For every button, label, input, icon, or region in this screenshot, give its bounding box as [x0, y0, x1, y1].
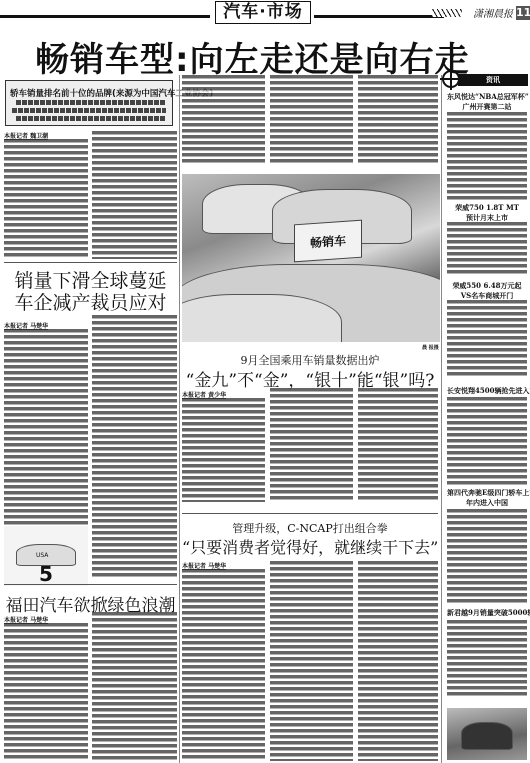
- car-illustration: USA 5: [4, 526, 88, 586]
- sidebar-item-body: [447, 509, 527, 605]
- sidebar-item-title-line: 新君越9月销量突破5000辆: [447, 608, 527, 618]
- global-headline-line1: 销量下滑全球蔓延: [4, 270, 177, 292]
- column-divider: [179, 75, 180, 763]
- photo-car: [182, 294, 342, 342]
- sidebar-item-body: [447, 300, 527, 378]
- global-article-col1: [4, 329, 88, 526]
- masthead-hatch-decoration: [432, 9, 462, 17]
- sidebar-item-title: 新君越9月销量突破5000辆: [447, 608, 527, 618]
- global-headline: 销量下滑全球蔓延 车企减产裁员应对: [4, 270, 177, 314]
- illustration-number: 5: [39, 562, 53, 586]
- lead-article-col3: [182, 75, 265, 163]
- cncap-article-col3: [358, 561, 438, 761]
- ranking-box: 轿车销量排名前十位的品牌(来源为中国汽车工业协会): [5, 80, 173, 126]
- global-article-col2: [92, 315, 177, 577]
- lead-article-col5: [358, 75, 438, 163]
- global-headline-line2: 车企减产裁员应对: [4, 292, 177, 314]
- sidebar-item-title-line: 长安悦翔4500辆抢先进入市: [447, 386, 527, 396]
- lead-article-col4: [270, 75, 353, 163]
- sidebar-item-title-line: 广州开赛第二站: [447, 102, 527, 112]
- illustration-plate: USA: [36, 552, 48, 559]
- cncap-article-col1: [182, 569, 265, 761]
- newspaper-logo: 潇湘晨报: [473, 5, 513, 20]
- sidebar-item-body: [447, 397, 527, 485]
- masthead-editor-info: 本版编辑/美术编辑 Tel:0731-XXXXXXXX: [118, 9, 218, 16]
- sidebar-item-title: 荣威750 1.8T MT 预计月末上市: [447, 203, 527, 223]
- sidebar-item-body: [447, 222, 527, 276]
- column-divider: [441, 75, 442, 763]
- sidebar-item-title-line: 荣威750 1.8T MT: [447, 203, 527, 213]
- car-market-photo: 畅销车: [182, 174, 440, 342]
- photo-credit: 晨 报摄: [422, 344, 439, 351]
- section-rule: [4, 584, 177, 585]
- main-headline: 畅销车型:向左走还是向右走: [35, 32, 470, 81]
- page-number: 11: [516, 6, 530, 20]
- section-en: Auto Weekly: [316, 9, 351, 15]
- cncap-headline: “只要消费者觉得好，就继续干下去”: [182, 535, 438, 558]
- sidebar-car-photo: [447, 708, 527, 760]
- sidebar-item-title: 第四代奔驰E级四门轿车上市 年内进入中国: [447, 488, 527, 508]
- photo-sign: 畅销车: [294, 220, 362, 263]
- sidebar-item-title: 长安悦翔4500辆抢先进入市: [447, 386, 527, 396]
- sidebar-item-body: [447, 112, 527, 202]
- ranking-row: [12, 108, 166, 113]
- september-article-col2: [270, 388, 353, 502]
- sidebar-header: 资讯: [458, 74, 528, 86]
- lead-article-col1: [4, 139, 88, 259]
- ranking-row: [16, 116, 166, 121]
- september-article-col1: [182, 398, 265, 502]
- sidebar-item-title: 东风悦达“NBA总冠军杯” 广州开赛第二站: [447, 92, 527, 112]
- cncap-kicker: 管理升级，C-NCAP打出组合拳: [182, 520, 438, 536]
- cncap-article-col2: [270, 561, 353, 761]
- section-rule: [182, 513, 438, 514]
- sidebar-item-title: 荣威550 6.48万元起 VS名车商城开门: [447, 281, 527, 301]
- section-title: 汽车·市场: [215, 1, 311, 24]
- sidebar-item-title-line: 荣威550 6.48万元起: [447, 281, 527, 291]
- sidebar-item-title-line: 年内进入中国: [447, 498, 527, 508]
- sidebar-item-title-line: 东风悦达“NBA总冠军杯”: [447, 92, 527, 102]
- masthead-email: E-mail:auto_ycsb@ycsb.com: [3, 9, 82, 15]
- september-article-col3: [358, 388, 438, 502]
- photo-car: [461, 722, 513, 750]
- sidebar-item-title-line: 第四代奔驰E级四门轿车上市: [447, 488, 527, 498]
- section-rule: [4, 262, 177, 263]
- lead-article-col2: [92, 131, 177, 259]
- masthead: E-mail:auto_ycsb@ycsb.com 本版编辑/美术编辑 Tel:…: [0, 0, 530, 24]
- foton-article-col1: [4, 623, 88, 761]
- ranking-row: [16, 100, 166, 105]
- ranking-box-title: 轿车销量排名前十位的品牌(来源为中国汽车工业协会): [10, 87, 168, 99]
- sidebar-item-body: [447, 620, 527, 698]
- foton-article-col2: [92, 612, 177, 761]
